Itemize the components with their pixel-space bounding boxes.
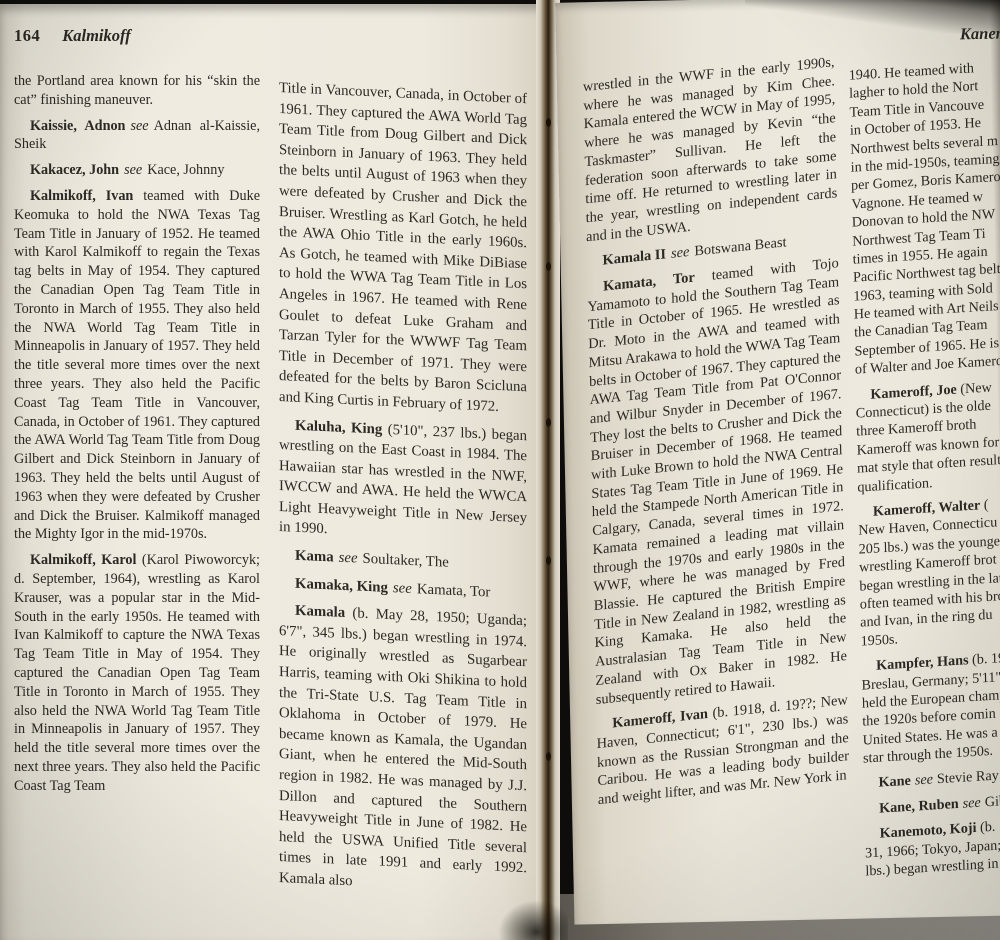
entry-kaissie-adnon: Kaissie, AdnonseeAdnan al-Kaissie, Sheik (14, 110, 260, 155)
text-line: Kane, RubenseeGibso (864, 790, 1000, 819)
stitch-mark (546, 556, 551, 565)
page-number: 164 (14, 26, 40, 45)
book-gutter (536, 0, 560, 940)
entry-kalmikoff-ivan: Kalmikoff, Ivan teamed with Duke Keomuka… (14, 180, 260, 544)
entry-name: Kakacez, John (30, 162, 119, 178)
entry-name: Kamala (295, 603, 345, 621)
entry-kamala: Kamala (b. May 28, 1950; Uganda; 6'7", 3… (279, 593, 527, 900)
running-head-right: Kanem (960, 23, 1000, 44)
entry-kaluha-king: Kaluha, King (5'10", 237 lbs.) began wre… (279, 408, 527, 550)
running-head-title-right: Kanem (960, 23, 1000, 43)
entry-text: Soultaker, The (363, 551, 449, 571)
paragraph-continuation: wrestled in the WWF in the early 1990s, … (583, 53, 838, 246)
text-line: KaneseeStevie Ray (863, 765, 1000, 794)
entry-kalmikoff-karol: Kalmikoff, Karol (Karol Piwoworcyk; d. S… (14, 544, 260, 795)
entry-text: (b. May 28, 1950; Uganda; 6'7", 345 lbs.… (279, 605, 527, 889)
stitch-mark (546, 752, 551, 761)
running-head-title-left: Kalmikoff (62, 26, 130, 45)
entry-text: teamed with Duke Keomuka to hold the NWA… (14, 188, 260, 542)
entry-name: Kaluha, King (295, 417, 382, 437)
entry-name: Kalmikoff, Karol (30, 552, 136, 568)
left-page: 164Kalmikoff the Portland area known for… (0, 4, 547, 940)
column-1: the Portland area known for his “skin th… (14, 72, 260, 928)
paragraph-continuation: Title in Vancouver, Canada, in October o… (279, 78, 527, 419)
see-reference: see (339, 550, 358, 567)
right-page: Kanem wrestled in the WWF in the early 1… (555, 0, 1000, 925)
entry-kakacez-john: Kakacez, JohnseeKace, Johnny (14, 154, 260, 180)
entry-text: Kamata, Tor (417, 581, 490, 600)
paragraph-continuation: the Portland area known for his “skin th… (14, 72, 260, 110)
entry-text: (b. 1918, d. 19??; New Haven, Connecticu… (597, 692, 850, 808)
entry-name: Kama (295, 548, 334, 566)
gutter-shadow (498, 900, 568, 940)
column-2: Title in Vancouver, Canada, in October o… (279, 78, 527, 937)
entry-kamata-tor: Kamata, Tor teamed with Tojo Yamamoto to… (587, 247, 848, 709)
entry-text: (Karol Piwoworcyk; d. September, 1964), … (14, 552, 260, 794)
entry-name: Kamaka, King (295, 575, 388, 595)
stitch-mark (546, 418, 551, 427)
running-head-left: 164Kalmikoff (14, 26, 131, 46)
entry-text: teamed with Tojo Yamamoto to hold the So… (587, 255, 847, 707)
entry-name: Kaissie, Adnon (30, 118, 125, 134)
see-reference: see (393, 580, 412, 597)
column-4: 1940. He teamed withlagher to hold the N… (849, 56, 1000, 881)
column-3: wrestled in the WWF in the early 1990s, … (583, 53, 852, 930)
stitch-mark (546, 118, 551, 127)
entry-name: Kalmikoff, Ivan (30, 188, 133, 204)
entry-text: Kace, Johnny (147, 162, 224, 178)
stitch-mark (546, 262, 551, 271)
entry-text: (5'10", 237 lbs.) began wrestling on the… (279, 421, 527, 537)
see-reference: see (124, 162, 142, 178)
see-reference: see (671, 244, 690, 262)
see-reference: see (130, 118, 148, 134)
